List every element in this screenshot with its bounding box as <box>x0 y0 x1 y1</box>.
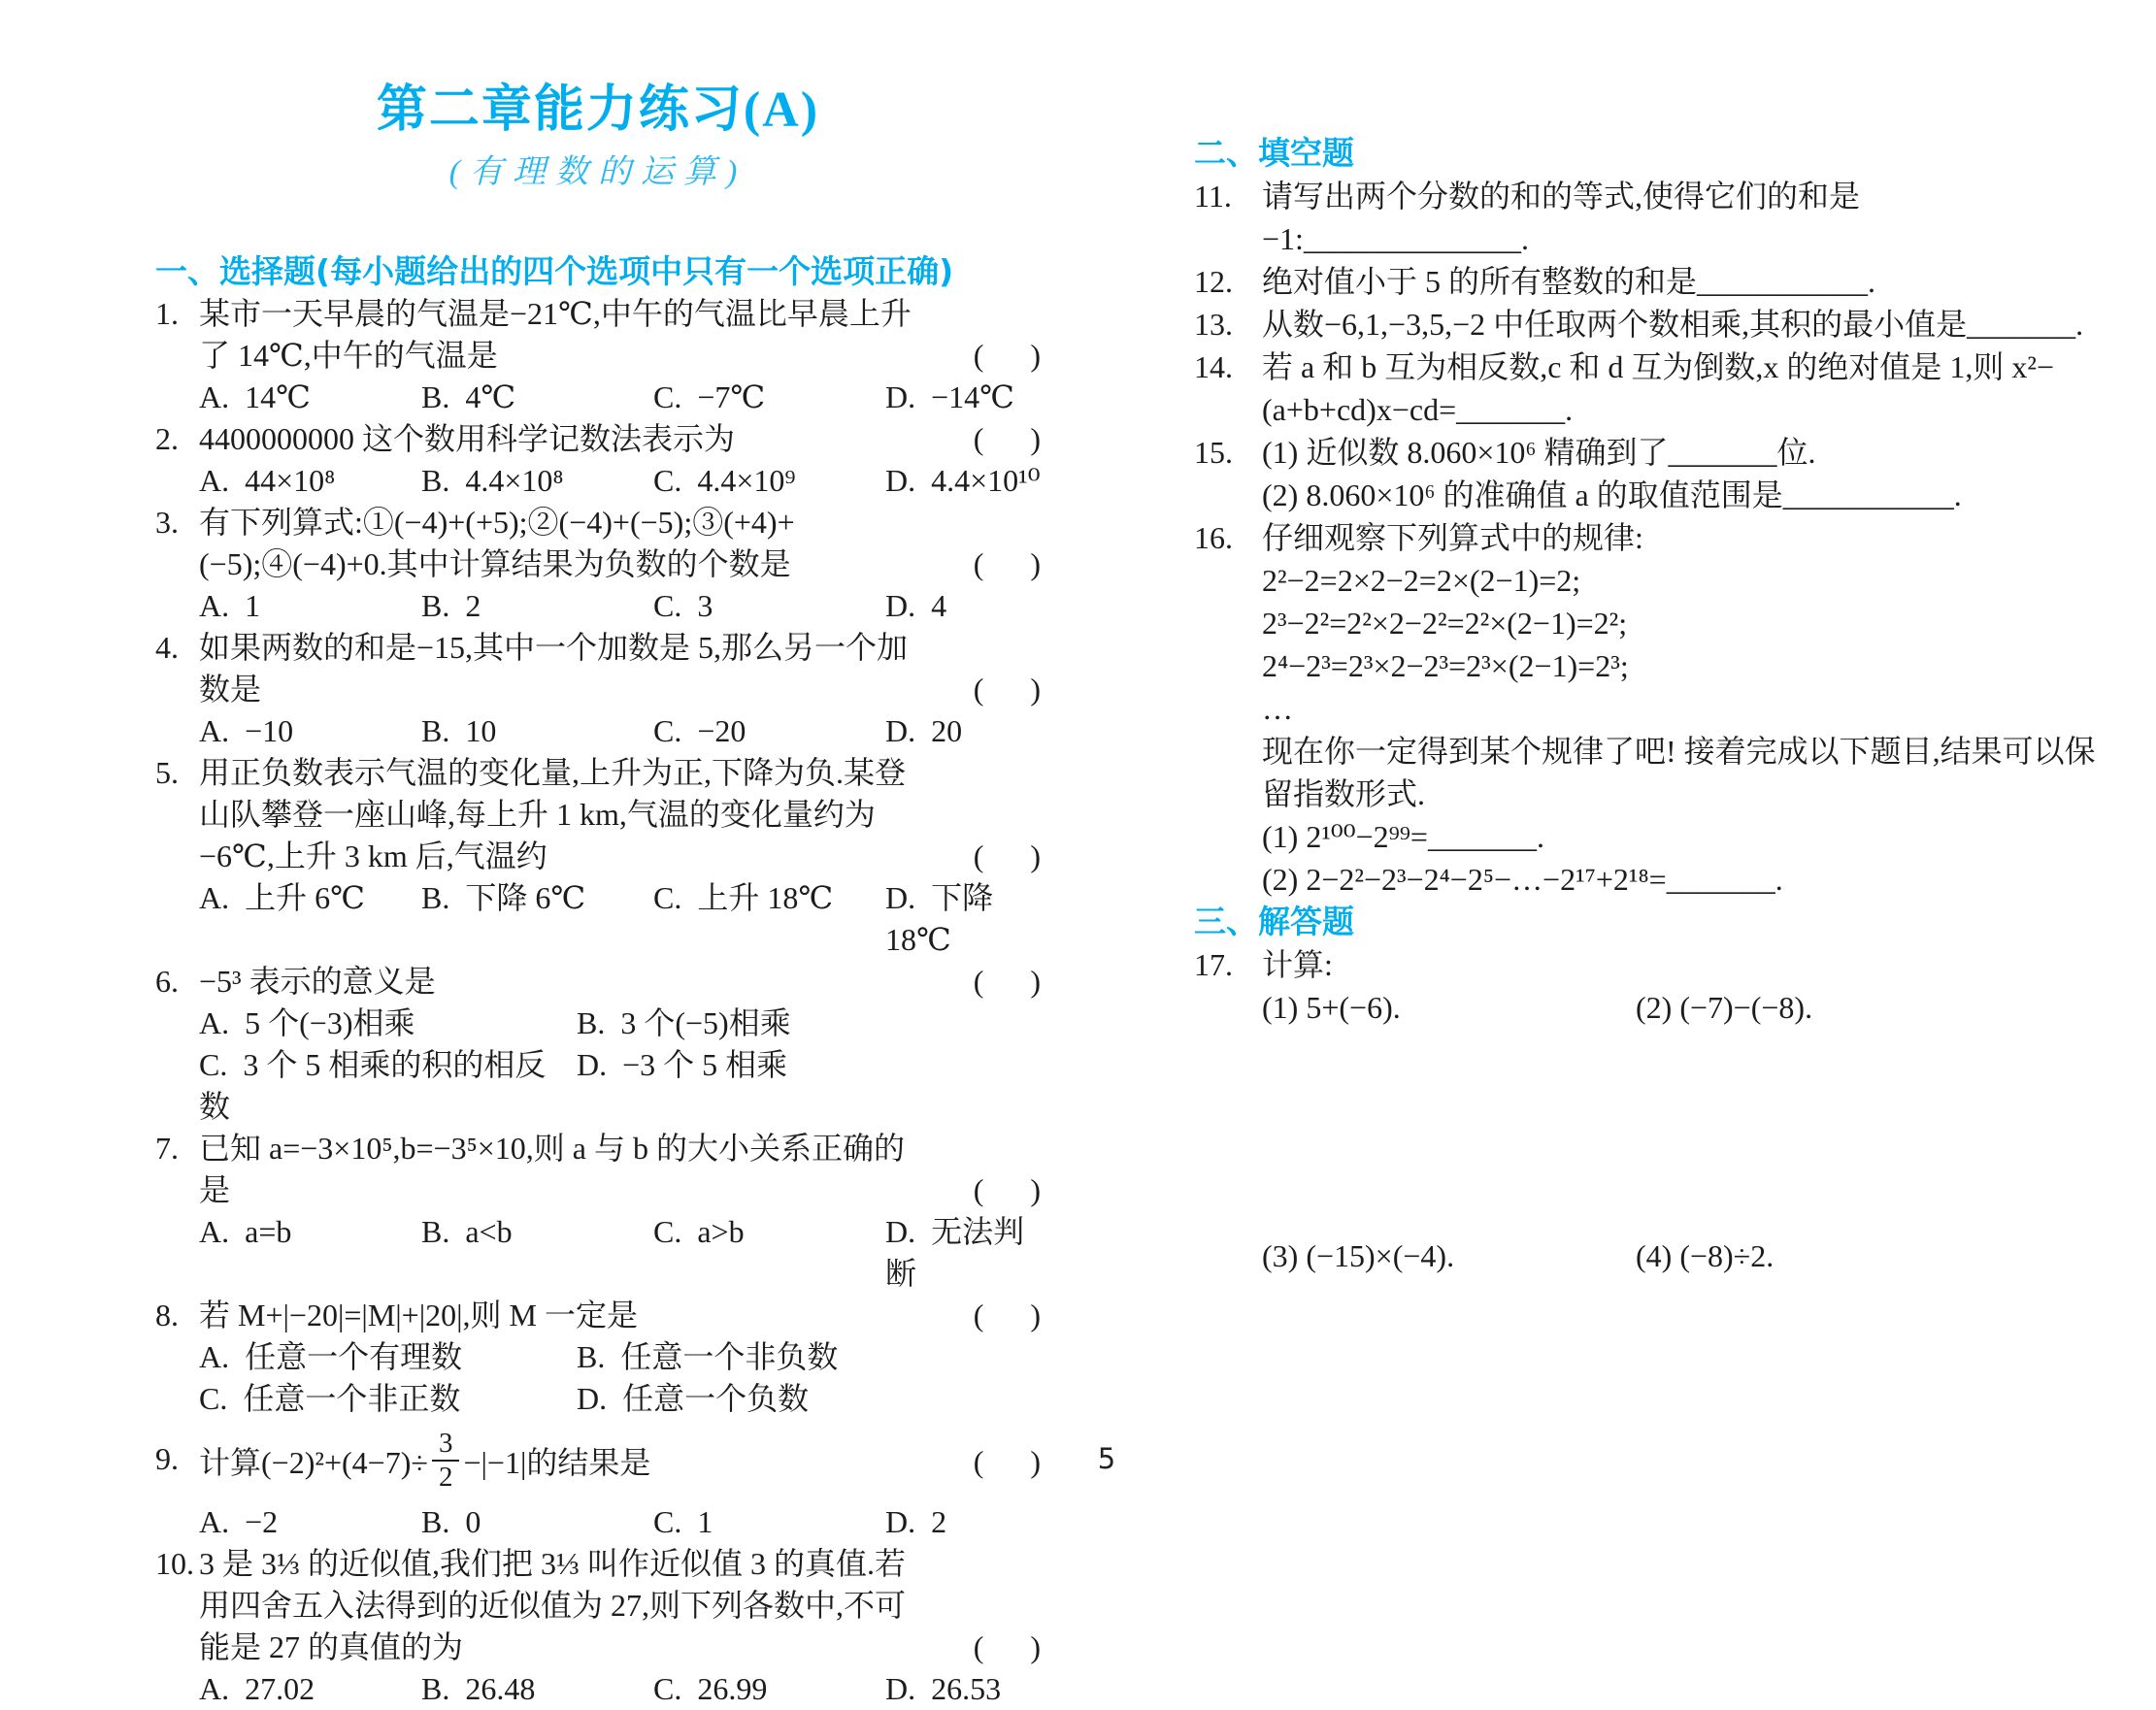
pattern-ellipsis: … <box>1262 687 2122 730</box>
question-stem: 7. 已知 a=−3×10⁵,b=−3⁵×10,则 a 与 b 的大小关系正确的… <box>155 1128 1041 1211</box>
answer-bracket: ( ) <box>974 543 1041 585</box>
blank-question-14: 14. 若 a 和 b 互为相反数,c 和 d 互为倒数,x 的绝对值是 1,则… <box>1194 345 2122 431</box>
question-number: 4. <box>155 627 179 669</box>
blank-question-11: 11. 请写出两个分数的和的等式,使得它们的和是−1:_____________… <box>1194 175 2122 260</box>
option-a: A. 上升 6℃ <box>199 877 417 961</box>
question-number: 10. <box>155 1543 194 1585</box>
options-row: A. 上升 6℃ B. 下降 6℃ C. 上升 18℃ D. 下降 18℃ <box>155 877 1041 961</box>
fraction-denominator: 2 <box>439 1462 453 1493</box>
question-stem: 1. 某市一天早晨的气温是−21℃,中午的气温比早晨上升了 14℃,中午的气温是… <box>155 293 1041 377</box>
question-1: 1. 某市一天早晨的气温是−21℃,中午的气温比早晨上升了 14℃,中午的气温是… <box>155 293 1041 418</box>
blank-line: 若 a 和 b 互为相反数,c 和 d 互为倒数,x 的绝对值是 1,则 x²−… <box>1262 345 2122 431</box>
answer-bracket: ( ) <box>974 1169 1041 1211</box>
question-number: 8. <box>155 1295 179 1336</box>
option-d: D. 2 <box>885 1501 1041 1543</box>
section-1-heading: 一、选择题(每小题给出的四个选项中只有一个选项正确) <box>155 250 1041 293</box>
stem-text: 已知 a=−3×10⁵,b=−3⁵×10,则 a 与 b 的大小关系正确的是 <box>199 1131 905 1207</box>
q17-parts-row-2: (3) (−15)×(−4). (4) (−8)÷2. <box>1194 1234 2122 1277</box>
options-row: A. 44×10⁸ B. 4.4×10⁸ C. 4.4×10⁹ D. 4.4×1… <box>155 460 1041 502</box>
options-row: A. 14℃ B. 4℃ C. −7℃ D. −14℃ <box>155 377 1041 418</box>
pattern-part-1: (1) 2¹⁰⁰−2⁹⁹=_______. <box>1262 815 2122 858</box>
blank-question-12: 12. 绝对值小于 5 的所有整数的和是___________. <box>1194 260 2122 303</box>
question-stem: 5. 用正负数表示气温的变化量,上升为正,下降为负.某登山队攀登一座山峰,每上升… <box>155 752 1041 877</box>
worksheet-page: { "page": { "number": "5" }, "header": {… <box>0 0 2156 1525</box>
option-a: A. a=b <box>199 1211 417 1295</box>
option-b: B. 4℃ <box>421 377 649 418</box>
answer-bracket: ( ) <box>974 669 1041 710</box>
stem-text: 如果两数的和是−15,其中一个加数是 5,那么另一个加数是 <box>199 630 908 707</box>
options-grid: A. 5 个(−3)相乘 B. 3 个(−5)相乘 C. 3 个 5 相乘的积的… <box>155 1003 1041 1128</box>
option-c: C. −20 <box>653 710 881 752</box>
answer-bracket: ( ) <box>974 418 1041 460</box>
pattern-note: 现在你一定得到某个规律了吧! 接着完成以下题目,结果可以保留指数形式. <box>1262 730 2122 815</box>
question-2: 2. 4400000000 这个数用科学记数法表示为 ( ) A. 44×10⁸… <box>155 418 1041 502</box>
option-d: D. −14℃ <box>885 377 1041 418</box>
question-number: 1. <box>155 293 179 335</box>
part-2: (2) (−7)−(−8). <box>1636 986 2122 1029</box>
option-c: C. −7℃ <box>653 377 881 418</box>
option-c: C. 3 <box>653 585 881 627</box>
section-3-heading: 三、解答题 <box>1194 901 2122 943</box>
question-number: 12. <box>1194 260 1233 303</box>
fraction: 3 2 <box>432 1429 460 1493</box>
option-a: A. −2 <box>199 1501 417 1543</box>
option-d: D. −3 个 5 相乘 <box>577 1044 1041 1128</box>
options-row: A. −2 B. 0 C. 1 D. 2 <box>155 1501 1041 1543</box>
option-b: B. 0 <box>421 1501 649 1543</box>
question-3: 3. 有下列算式:①(−4)+(+5);②(−4)+(−5);③(+4)+(−5… <box>155 502 1041 627</box>
option-a: A. 44×10⁸ <box>199 460 417 502</box>
section-2-heading: 二、填空题 <box>1194 132 2122 175</box>
title-block: 第二章能力练习(A) (有理数的运算) <box>155 82 1041 192</box>
question-number: 5. <box>155 752 179 794</box>
options-grid: A. 任意一个有理数 B. 任意一个非负数 C. 任意一个非正数 D. 任意一个… <box>155 1336 1041 1420</box>
stem-text: 用正负数表示气温的变化量,上升为正,下降为负.某登山队攀登一座山峰,每上升 1 … <box>199 755 906 873</box>
answer-bracket: ( ) <box>974 1627 1041 1668</box>
blank-line: 从数−6,1,−3,5,−2 中任取两个数相乘,其积的最小值是_______. <box>1262 303 2122 345</box>
stem-text: 3 是 3⅓ 的近似值,我们把 3⅓ 叫作近似值 3 的真值.若用四舍五入法得到… <box>199 1546 906 1664</box>
option-d: D. 无法判断 <box>885 1211 1041 1295</box>
q17-parts-row-1: (1) 5+(−6). (2) (−7)−(−8). <box>1194 986 2122 1029</box>
question-number: 17. <box>1194 943 1233 986</box>
option-b: B. 3 个(−5)相乘 <box>577 1003 1041 1044</box>
options-row: A. 27.02 B. 26.48 C. 26.99 D. 26.53 <box>155 1668 1041 1710</box>
option-c: C. 任意一个非正数 <box>199 1378 573 1420</box>
question-stem: 2. 4400000000 这个数用科学记数法表示为 ( ) <box>155 418 1041 460</box>
option-b: B. 10 <box>421 710 649 752</box>
pattern-part-2: (2) 2−2²−2³−2⁴−2⁵−…−2¹⁷+2¹⁸=_______. <box>1262 858 2122 901</box>
question-number: 7. <box>155 1128 179 1169</box>
option-a: A. 14℃ <box>199 377 417 418</box>
option-b: B. 2 <box>421 585 649 627</box>
blank-question-16: 16. 仔细观察下列算式中的规律: 2²−2=2×2−2=2×(2−1)=2; … <box>1194 516 2122 901</box>
pattern-equation-3: 2⁴−2³=2³×2−2³=2³×(2−1)=2³; <box>1262 644 2122 687</box>
stem-text: 某市一天早晨的气温是−21℃,中午的气温比早晨上升了 14℃,中午的气温是 <box>199 296 912 373</box>
option-d: D. 4 <box>885 585 1041 627</box>
question-number: 9. <box>155 1441 179 1477</box>
question-number: 16. <box>1194 516 1233 559</box>
options-row: A. −10 B. 10 C. −20 D. 20 <box>155 710 1041 752</box>
question-number: 6. <box>155 961 179 1003</box>
page-title: 第二章能力练习(A) <box>155 82 1041 140</box>
option-d: D. 26.53 <box>885 1668 1041 1710</box>
option-b: B. 任意一个非负数 <box>577 1336 1041 1378</box>
blank-subline-1: (1) 近似数 8.060×10⁶ 精确到了_______位. <box>1262 431 2122 474</box>
option-a: A. 1 <box>199 585 417 627</box>
blank-subline-2: (2) 8.060×10⁶ 的准确值 a 的取值范围是___________. <box>1262 474 2122 516</box>
stem-text-pre: 计算(−2)²+(4−7)÷ <box>199 1438 428 1483</box>
question-number: 14. <box>1194 345 1233 388</box>
pattern-equation-2: 2³−2²=2²×2−2²=2²×(2−1)=2²; <box>1262 602 2122 644</box>
question-4: 4. 如果两数的和是−15,其中一个加数是 5,那么另一个加数是 ( ) A. … <box>155 627 1041 752</box>
option-a: A. 27.02 <box>199 1668 417 1710</box>
option-c: C. 上升 18℃ <box>653 877 881 961</box>
option-c: C. 4.4×10⁹ <box>653 460 881 502</box>
stem-text-post: −|−1|的结果是 <box>463 1438 650 1483</box>
question-stem: 10. 3 是 3⅓ 的近似值,我们把 3⅓ 叫作近似值 3 的真值.若用四舍五… <box>155 1543 1041 1668</box>
question-number: 15. <box>1194 431 1233 474</box>
page-subtitle: (有理数的运算) <box>155 153 1041 192</box>
answer-bracket: ( ) <box>974 335 1041 377</box>
stem-text: 有下列算式:①(−4)+(+5);②(−4)+(−5);③(+4)+(−5);④… <box>199 505 795 581</box>
stem-text: −5³ 表示的意义是 <box>199 964 436 999</box>
stem-text: 4400000000 这个数用科学记数法表示为 <box>199 421 735 456</box>
options-row: A. 1 B. 2 C. 3 D. 4 <box>155 585 1041 627</box>
option-c: C. a>b <box>653 1211 881 1295</box>
part-1: (1) 5+(−6). <box>1262 986 1636 1029</box>
fraction-numerator: 3 <box>432 1429 460 1462</box>
part-4: (4) (−8)÷2. <box>1636 1234 2122 1277</box>
blank-line: 绝对值小于 5 的所有整数的和是___________. <box>1262 260 2122 303</box>
question-number: 11. <box>1194 175 1232 217</box>
option-b: B. 下降 6℃ <box>421 877 649 961</box>
question-8: 8. 若 M+|−20|=|M|+|20|,则 M 一定是 ( ) A. 任意一… <box>155 1295 1041 1420</box>
stem-text: 若 M+|−20|=|M|+|20|,则 M 一定是 <box>199 1298 638 1332</box>
left-column: 一、选择题(每小题给出的四个选项中只有一个选项正确) 1. 某市一天早晨的气温是… <box>155 250 1041 1710</box>
option-b: B. 26.48 <box>421 1668 649 1710</box>
answer-bracket: ( ) <box>974 836 1041 877</box>
option-c: C. 1 <box>653 1501 881 1543</box>
question-7: 7. 已知 a=−3×10⁵,b=−3⁵×10,则 a 与 b 的大小关系正确的… <box>155 1128 1041 1295</box>
answer-bracket: ( ) <box>974 1295 1041 1336</box>
question-stem: 8. 若 M+|−20|=|M|+|20|,则 M 一定是 ( ) <box>155 1295 1041 1336</box>
option-d: D. 任意一个负数 <box>577 1378 1041 1420</box>
blank-line: 请写出两个分数的和的等式,使得它们的和是−1:______________. <box>1262 175 2122 260</box>
option-b: B. 4.4×10⁸ <box>421 460 649 502</box>
question-6: 6. −5³ 表示的意义是 ( ) A. 5 个(−3)相乘 B. 3 个(−5… <box>155 961 1041 1128</box>
question-number: 13. <box>1194 303 1233 345</box>
pattern-intro: 仔细观察下列算式中的规律: <box>1262 516 2122 559</box>
option-a: A. 任意一个有理数 <box>199 1336 573 1378</box>
answer-bracket: ( ) <box>974 961 1041 1003</box>
option-c: C. 26.99 <box>653 1668 881 1710</box>
blank-question-15: 15. (1) 近似数 8.060×10⁶ 精确到了_______位. (2) … <box>1194 431 2122 516</box>
question-5: 5. 用正负数表示气温的变化量,上升为正,下降为负.某登山队攀登一座山峰,每上升… <box>155 752 1041 961</box>
option-a: A. −10 <box>199 710 417 752</box>
question-label: 计算: <box>1262 943 2122 986</box>
question-stem: 4. 如果两数的和是−15,其中一个加数是 5,那么另一个加数是 ( ) <box>155 627 1041 710</box>
option-a: A. 5 个(−3)相乘 <box>199 1003 573 1044</box>
options-row: A. a=b B. a<b C. a>b D. 无法判断 <box>155 1211 1041 1295</box>
option-d: D. 4.4×10¹⁰ <box>885 460 1041 502</box>
question-stem: 9. 计算(−2)²+(4−7)÷ 3 2 −|−1|的结果是 ( ) <box>155 1420 1041 1501</box>
question-number: 2. <box>155 418 179 460</box>
part-3: (3) (−15)×(−4). <box>1262 1234 1636 1277</box>
option-b: B. a<b <box>421 1211 649 1295</box>
option-c: C. 3 个 5 相乘的积的相反数 <box>199 1044 573 1128</box>
page-number: 5 <box>1029 1442 1184 1475</box>
pattern-equation-1: 2²−2=2×2−2=2×(2−1)=2; <box>1262 559 2122 602</box>
question-stem: 3. 有下列算式:①(−4)+(+5);②(−4)+(−5);③(+4)+(−5… <box>155 502 1041 585</box>
option-d: D. 20 <box>885 710 1041 752</box>
option-d: D. 下降 18℃ <box>885 877 1041 961</box>
blank-question-13: 13. 从数−6,1,−3,5,−2 中任取两个数相乘,其积的最小值是_____… <box>1194 303 2122 345</box>
solve-question-17: 17. 计算: <box>1194 943 2122 986</box>
right-column: 二、填空题 11. 请写出两个分数的和的等式,使得它们的和是−1:_______… <box>1194 132 2122 1277</box>
question-stem: 6. −5³ 表示的意义是 ( ) <box>155 961 1041 1003</box>
question-number: 3. <box>155 502 179 543</box>
question-10: 10. 3 是 3⅓ 的近似值,我们把 3⅓ 叫作近似值 3 的真值.若用四舍五… <box>155 1543 1041 1710</box>
